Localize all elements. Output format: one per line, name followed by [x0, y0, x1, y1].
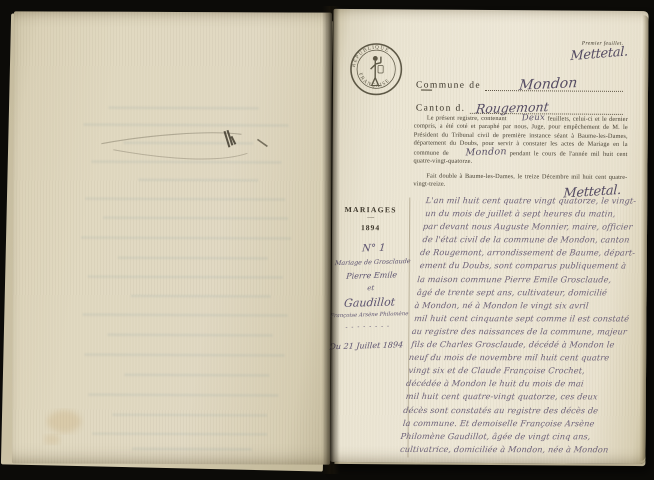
republique-francaise-seal-icon: RÉPUBLIQUE FRANÇAISE [348, 41, 404, 97]
canton-line: Canton d. Rougemont [416, 91, 623, 114]
bleedthrough-lines [80, 108, 291, 450]
canton-label: Canton d. [416, 103, 470, 113]
commune-dotted-line: Mondon [485, 68, 623, 92]
act-text-line: de Rougemont, arrondissement de Baume, d… [419, 247, 651, 260]
handwritten-feuillet-count: Deux [509, 114, 546, 123]
act-text-line: la commune. Et demoiselle Françoise Arsè… [402, 418, 634, 431]
act-text-line: au registre des naissances de la commune… [411, 326, 643, 339]
right-register-page: RÉPUBLIQUE FRANÇAISE Premier feuillet. M… [330, 9, 648, 464]
margin-handwritten-notes: N° 1Mariage de GrosclaudePierre EmileetG… [327, 242, 412, 351]
seal-text-top: RÉPUBLIQUE [350, 44, 390, 68]
pencil-marks [101, 130, 267, 160]
scanned-register-photo: RÉPUBLIQUE FRANÇAISE Premier feuillet. M… [0, 0, 654, 480]
act-text-line: L'an mil huit cent quatre vingt quatorze… [425, 195, 654, 208]
paper-stain [44, 410, 81, 444]
margin-note-line: Du 21 Juillet 1894 [327, 340, 405, 351]
act-text-line: à Mondon, né à Mondon le vingt six avril [414, 300, 646, 313]
canton-dotted-line: Rougemont [469, 91, 623, 115]
act-text-line: un du mois de juillet à sept heures du m… [425, 208, 654, 221]
year-label: 1894 [332, 223, 409, 233]
act-text-line: neuf du mois de novembre mil huit cent q… [408, 352, 640, 365]
label-dash [421, 90, 432, 91]
act-text-line: mil huit cent cinquante sept comme il es… [413, 313, 645, 326]
marianne-figure-icon [370, 56, 383, 86]
act-text-line: fils de Charles Grosclaude, décédé à Mon… [411, 339, 643, 352]
act-text-line: de l'état civil de la commune de Mondon,… [422, 234, 654, 247]
left-blank-page [12, 11, 332, 464]
heading-dash: — [332, 214, 409, 221]
marriage-act-handwritten-text: L'an mil huit cent quatre vingt quatorze… [398, 195, 654, 457]
margin-column: MARIAGES — 1894 N° 1Mariage de Grosclaud… [331, 205, 409, 351]
act-text-line: ement du Doubs, sont comparus publiqueme… [419, 261, 651, 274]
handwritten-commune-name: Mondon [452, 148, 507, 158]
act-text-line: mil huit cent quatre-vingt quatorze, ces… [405, 391, 637, 404]
register-certification-paragraph: Le présent registre, contenant Deux feui… [413, 113, 627, 167]
bleedthrough-and-pencil-marks [12, 11, 332, 464]
act-text-line: Philomène Gaudillot, âgée de vingt cinq … [400, 431, 632, 444]
commune-line: Commune de Mondon [416, 68, 623, 91]
act-text-line: décès sont constatés au registre des déc… [403, 405, 635, 418]
svg-text:RÉPUBLIQUE: RÉPUBLIQUE [350, 44, 390, 68]
judge-signature-top: Mettetal. [570, 44, 628, 64]
act-text-line: la maison commune Pierre Emile Grosclaud… [417, 274, 649, 287]
act-text-line: âgé de trente sept ans, cultivateur, dom… [416, 287, 648, 300]
act-text-line: décédée à Mondon le huit du mois de mai [405, 378, 637, 391]
margin-note-line: - - - - - - - - [329, 322, 407, 335]
act-text-line: cultivatrice, domiciliée à Mondon, née à… [399, 444, 631, 457]
act-text-line: vingt six et de Claude Françoise Crochet… [408, 365, 640, 378]
act-text-line: par devant nous Auguste Monnier, maire, … [422, 221, 654, 234]
printed-text: Le présent registre, contenant [427, 115, 507, 123]
